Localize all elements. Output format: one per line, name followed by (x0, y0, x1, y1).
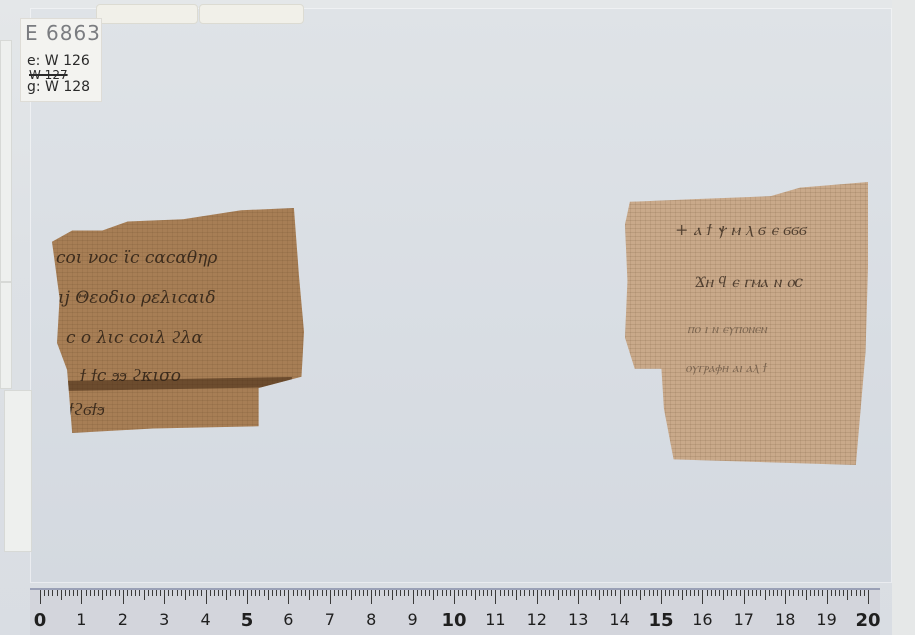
ruler-tick (570, 590, 571, 596)
ruler-tick (342, 590, 343, 596)
ruler-tick (558, 590, 559, 600)
ruler-tick (615, 590, 616, 596)
ruler-tick (856, 590, 857, 596)
ruler-tick (139, 590, 140, 596)
handwriting-line: ιϳ Θεοδιο ρελιϲαιδ (58, 288, 310, 308)
ruler-tick (566, 590, 567, 596)
ruler-tick (508, 590, 509, 596)
ruler-tick (818, 590, 819, 596)
ruler-label: 11 (485, 610, 505, 629)
ruler-tick (827, 590, 828, 604)
ruler-tick (276, 590, 277, 596)
ruler-label: 19 (816, 610, 836, 629)
ruler-tick (330, 590, 331, 604)
ruler-tick (359, 590, 360, 596)
ruler-tick (847, 590, 848, 600)
ruler-tick (450, 590, 451, 596)
ruler-tick (690, 590, 691, 596)
ruler-label: 2 (118, 610, 128, 629)
ruler-tick (115, 590, 116, 596)
ruler-tick (251, 590, 252, 596)
ruler-tick (740, 590, 741, 596)
ruler-tick (487, 590, 488, 596)
ruler-tick (744, 590, 745, 604)
ruler-tick (52, 590, 53, 596)
ruler-tick (789, 590, 790, 596)
ruler-label: 17 (734, 610, 754, 629)
ruler-tick (413, 590, 414, 604)
ruler-tick (562, 590, 563, 596)
ruler-tick (839, 590, 840, 596)
ruler-tick (524, 590, 525, 596)
ruler-tick (806, 590, 807, 600)
ruler-label: 18 (775, 610, 795, 629)
ruler-tick (160, 590, 161, 596)
ruler-tick (73, 590, 74, 596)
ruler-tick (235, 590, 236, 596)
ruler-tick (363, 590, 364, 596)
ruler-tick (731, 590, 732, 596)
ruler-tick (404, 590, 405, 596)
ruler-tick (193, 590, 194, 596)
ruler-tick (860, 590, 861, 596)
ruler-tick (736, 590, 737, 596)
ruler-tick (769, 590, 770, 596)
ruler-tick (375, 590, 376, 596)
tape-strip (199, 4, 304, 24)
ruler-tick (301, 590, 302, 596)
ruler-tick (346, 590, 347, 596)
ruler-tick (230, 590, 231, 596)
ruler-tick (793, 590, 794, 596)
ruler-tick (40, 590, 41, 604)
ruler-tick (86, 590, 87, 596)
ruler-label: 5 (241, 610, 254, 631)
ruler-tick (351, 590, 352, 600)
ruler-tick (649, 590, 650, 596)
ruler-tick (553, 590, 554, 596)
ruler-tick (661, 590, 662, 604)
ruler-tick (607, 590, 608, 596)
ruler-tick (864, 590, 865, 596)
inventory-label: E 6863 e: W 126 W 127 g: W 128 (20, 18, 102, 102)
ruler-label: 12 (527, 610, 547, 629)
ruler-tick (578, 590, 579, 604)
ruler-tick (831, 590, 832, 596)
ruler-tick (421, 590, 422, 596)
ruler-tick (371, 590, 372, 604)
ruler-label: 3 (159, 610, 169, 629)
ruler-tick (417, 590, 418, 596)
ruler-tick (458, 590, 459, 596)
ruler-tick (835, 590, 836, 596)
ruler-tick (222, 590, 223, 596)
ruler-tick (201, 590, 202, 596)
ruler-tick (206, 590, 207, 604)
ruler-tick (309, 590, 310, 600)
ruler-tick (673, 590, 674, 596)
ruler-tick (110, 590, 111, 596)
ruler-tick (665, 590, 666, 596)
ruler-tick (243, 590, 244, 596)
cm-ruler: 01234567891011121314151617181920 (30, 588, 880, 635)
ruler-tick (210, 590, 211, 596)
ruler-tick (189, 590, 190, 596)
ruler-tick (288, 590, 289, 604)
ruler-label: 10 (441, 610, 466, 631)
ruler-tick (644, 590, 645, 596)
ruler-tick (851, 590, 852, 596)
ruler-tick (392, 590, 393, 600)
label-line: g: W 128 (27, 79, 90, 95)
ruler-tick (632, 590, 633, 596)
ruler-tick (44, 590, 45, 596)
ruler-tick (326, 590, 327, 596)
ruler-label: 8 (366, 610, 376, 629)
ruler-tick (247, 590, 248, 604)
ruler-tick (305, 590, 306, 596)
ruler-tick (715, 590, 716, 596)
ruler-tick (81, 590, 82, 604)
ruler-tick (442, 590, 443, 596)
ruler-tick (491, 590, 492, 596)
ruler-tick (106, 590, 107, 596)
ruler-tick (512, 590, 513, 596)
ruler-label: 0 (34, 610, 47, 631)
ruler-tick (148, 590, 149, 596)
ruler-tick (471, 590, 472, 596)
ruler-label: 15 (648, 610, 673, 631)
ruler-tick (549, 590, 550, 596)
ruler-tick (595, 590, 596, 596)
ruler-tick (748, 590, 749, 596)
ruler-tick (802, 590, 803, 596)
ruler-tick (603, 590, 604, 596)
ruler-tick (77, 590, 78, 596)
ruler-label: 9 (408, 610, 418, 629)
ruler-tick (500, 590, 501, 596)
ruler-tick (765, 590, 766, 600)
ruler-tick (711, 590, 712, 596)
ruler-tick (682, 590, 683, 600)
ruler-tick (698, 590, 699, 596)
ruler-tick (102, 590, 103, 600)
ruler-tick (384, 590, 385, 596)
mount-right-margin (892, 0, 915, 635)
ruler-tick (591, 590, 592, 596)
ruler-tick (545, 590, 546, 596)
ruler-tick (529, 590, 530, 596)
ruler-tick (756, 590, 757, 596)
ruler-tick (57, 590, 58, 596)
ruler-tick (119, 590, 120, 596)
ruler-tick (678, 590, 679, 596)
ruler-tick (504, 590, 505, 596)
ruler-tick (483, 590, 484, 596)
ruler-tick (408, 590, 409, 596)
ruler-tick (636, 590, 637, 596)
ruler-tick (181, 590, 182, 596)
ruler-tick (334, 590, 335, 596)
ruler-tick (657, 590, 658, 596)
ruler-label: 20 (855, 610, 880, 631)
ruler-tick (822, 590, 823, 596)
ruler-tick (226, 590, 227, 600)
ruler-tick (355, 590, 356, 596)
ruler-tick (702, 590, 703, 604)
ruler-tick (475, 590, 476, 600)
ruler-tick (723, 590, 724, 600)
ruler-tick (218, 590, 219, 596)
ruler-tick (400, 590, 401, 596)
ruler-tick (628, 590, 629, 596)
ruler-tick (574, 590, 575, 596)
mount-edge-strip (0, 40, 12, 282)
ruler-tick (313, 590, 314, 596)
ruler-tick (131, 590, 132, 596)
ruler-tick (379, 590, 380, 596)
ruler-tick (620, 590, 621, 604)
ruler-tick (429, 590, 430, 596)
ruler-label: 4 (201, 610, 211, 629)
ruler-tick (322, 590, 323, 596)
ruler-tick (586, 590, 587, 596)
mount-edge-strip (4, 390, 32, 552)
ruler-tick (152, 590, 153, 596)
ruler-tick (541, 590, 542, 596)
ruler-tick (707, 590, 708, 596)
ruler-tick (868, 590, 869, 604)
ruler-tick (719, 590, 720, 596)
ruler-tick (65, 590, 66, 596)
ruler-tick (781, 590, 782, 596)
ruler-tick (653, 590, 654, 596)
ruler-tick (396, 590, 397, 596)
ruler-label: 6 (283, 610, 293, 629)
ruler-tick (214, 590, 215, 596)
ruler-tick (156, 590, 157, 596)
ruler-tick (437, 590, 438, 596)
ruler-tick (164, 590, 165, 604)
ruler-tick (582, 590, 583, 596)
ruler-tick (454, 590, 455, 604)
ruler-tick (284, 590, 285, 596)
ruler-tick (810, 590, 811, 596)
ruler-tick (239, 590, 240, 596)
ruler-tick (433, 590, 434, 600)
ruler-tick (168, 590, 169, 596)
ruler-tick (537, 590, 538, 604)
ruler-label: 16 (692, 610, 712, 629)
ruler-tick (98, 590, 99, 596)
ruler-tick (446, 590, 447, 596)
ruler-tick (259, 590, 260, 596)
ruler-tick (264, 590, 265, 596)
mount-edge-strip (0, 282, 12, 389)
ruler-tick (533, 590, 534, 596)
ruler-tick (135, 590, 136, 596)
ruler-label: 13 (568, 610, 588, 629)
ruler-tick (814, 590, 815, 596)
ruler-tick (752, 590, 753, 596)
ruler-tick (297, 590, 298, 596)
ruler-tick (640, 590, 641, 600)
ruler-tick (177, 590, 178, 596)
ruler-tick (317, 590, 318, 596)
ruler-tick (293, 590, 294, 596)
ruler-tick (466, 590, 467, 596)
inventory-number: E 6863 (25, 21, 101, 45)
ruler-tick (255, 590, 256, 596)
ruler-tick (773, 590, 774, 596)
ruler-tick (48, 590, 49, 596)
tape-strip (96, 4, 198, 24)
ruler-tick (727, 590, 728, 596)
ruler-tick (172, 590, 173, 596)
ruler-tick (144, 590, 145, 600)
ruler-tick (185, 590, 186, 600)
ruler-tick (479, 590, 480, 596)
ruler-tick (669, 590, 670, 596)
ruler-tick (69, 590, 70, 596)
ruler-tick (367, 590, 368, 596)
ruler-label: 1 (76, 610, 86, 629)
ruler-tick (123, 590, 124, 604)
ruler-tick (90, 590, 91, 596)
ruler-tick (520, 590, 521, 596)
ruler-tick (611, 590, 612, 596)
ruler-tick (462, 590, 463, 596)
ruler-tick (197, 590, 198, 596)
ruler-tick (777, 590, 778, 596)
handwriting-line: ϲ ο λιϲ ϲοιλ ϩλα (66, 328, 318, 348)
ruler-tick (268, 590, 269, 600)
ruler-tick (843, 590, 844, 596)
ruler-tick (694, 590, 695, 596)
label-line: e: W 126 (27, 53, 90, 69)
ruler-tick (425, 590, 426, 596)
ruler-tick (624, 590, 625, 596)
ruler-tick (61, 590, 62, 600)
ruler-tick (760, 590, 761, 596)
ruler-tick (798, 590, 799, 596)
ruler-tick (338, 590, 339, 596)
ruler-tick (272, 590, 273, 596)
ruler-tick (516, 590, 517, 600)
ruler-tick (495, 590, 496, 604)
ruler-tick (599, 590, 600, 600)
ruler-tick (388, 590, 389, 596)
ruler-tick (686, 590, 687, 596)
ruler-label: 7 (325, 610, 335, 629)
ruler-tick (785, 590, 786, 604)
handwriting-line: ϲοι νοϲ ϊϲ ϲαϲαθηρ (56, 248, 308, 268)
ruler-tick (127, 590, 128, 596)
ruler-label: 14 (609, 610, 629, 629)
ruler-tick (280, 590, 281, 596)
ruler-tick (94, 590, 95, 596)
